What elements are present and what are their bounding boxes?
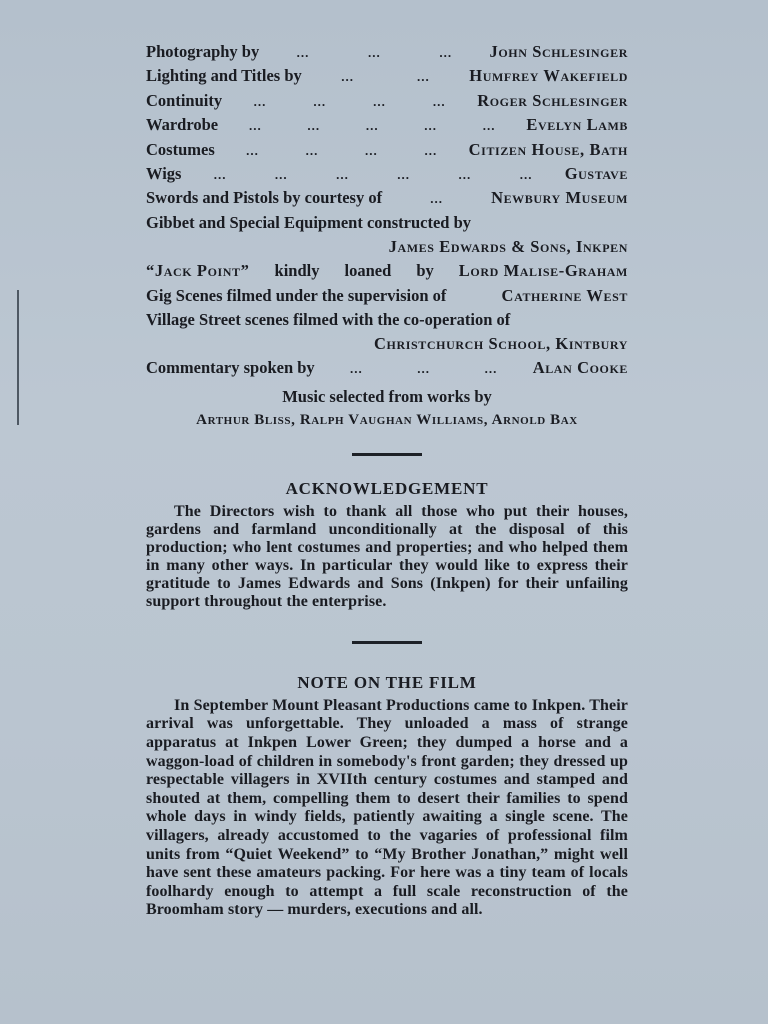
credit-role: Wigs [146, 162, 181, 186]
section-divider [352, 453, 422, 456]
credit-name: Catherine West [502, 284, 628, 308]
leader-dots: ......... [315, 357, 533, 381]
music-credit: Music selected from works by Arthur Blis… [146, 385, 628, 431]
leader-dots: ...... [302, 65, 470, 89]
leader-dots: ............ [222, 90, 477, 114]
credits-list: Photography by ......... John Schlesinge… [146, 40, 628, 431]
credit-role: Commentary spoken by [146, 356, 315, 380]
credit-name: Gustave [565, 162, 628, 186]
note-section: NOTE ON THE FILM In September Mount Plea… [146, 672, 628, 920]
section-divider [352, 641, 422, 644]
credit-role: Swords and Pistols by courtesy of [146, 186, 382, 210]
credit-row-photography: Photography by ......... John Schlesinge… [146, 40, 628, 64]
credit-role: Continuity [146, 89, 222, 113]
credit-row-wardrobe: Wardrobe ............... Evelyn Lamb [146, 113, 628, 137]
credit-name: Lord Malise-Graham [459, 259, 628, 283]
credit-gibbet-role: Gibbet and Special Equipment constructed… [146, 211, 628, 235]
leader-dots: .................. [181, 163, 564, 187]
credit-name: John Schlesinger [489, 40, 628, 64]
credit-gig-scenes: Gig Scenes filmed under the supervision … [146, 284, 628, 308]
credit-name: Humfrey Wakefield [469, 64, 628, 88]
credit-jack-point: “Jack Point” kindly loaned by Lord Malis… [146, 259, 628, 283]
leader-dots: ............ [215, 139, 469, 163]
music-label: Music selected from works by [146, 385, 628, 409]
credit-row-commentary: Commentary spoken by ......... Alan Cook… [146, 356, 628, 380]
credit-role: Wardrobe [146, 113, 218, 137]
leader-dots: ......... [259, 41, 489, 65]
credit-row-wigs: Wigs .................. Gustave [146, 162, 628, 186]
credit-row-continuity: Continuity ............ Roger Schlesinge… [146, 89, 628, 113]
leader-dots: ............... [218, 114, 526, 138]
programme-credits-page: Photography by ......... John Schlesinge… [146, 40, 628, 920]
acknowledgement-heading: ACKNOWLEDGEMENT [146, 478, 628, 500]
credit-village-name: Christchurch School, Kintbury [146, 332, 628, 356]
credit-name: Evelyn Lamb [526, 113, 628, 137]
credit-village-role: Village Street scenes filmed with the co… [146, 308, 628, 332]
credit-word: loaned [345, 259, 392, 283]
fold-crease-mark [17, 290, 19, 425]
acknowledgement-body: The Directors wish to thank all those wh… [146, 503, 628, 611]
credit-word: by [416, 259, 433, 283]
jack-point-title: “Jack Point” [146, 259, 250, 283]
credit-gibbet-name: James Edwards & Sons, Inkpen [146, 235, 628, 259]
credit-role: Gig Scenes filmed under the supervision … [146, 284, 446, 308]
credit-row-swords-pistols: Swords and Pistols by courtesy of ... Ne… [146, 186, 628, 210]
note-body: In September Mount Pleasant Productions … [146, 697, 628, 920]
credit-name: Roger Schlesinger [477, 89, 628, 113]
credit-role: Costumes [146, 138, 215, 162]
credit-name: Alan Cooke [533, 356, 628, 380]
credit-role: Lighting and Titles by [146, 64, 302, 88]
credit-name: Newbury Museum [491, 186, 628, 210]
leader-dots: ... [382, 187, 491, 211]
credit-name: Citizen House, Bath [469, 138, 628, 162]
credit-row-lighting: Lighting and Titles by ...... Humfrey Wa… [146, 64, 628, 88]
credit-word: kindly [275, 259, 320, 283]
music-composers: Arthur Bliss, Ralph Vaughan Williams, Ar… [146, 409, 628, 431]
acknowledgement-section: ACKNOWLEDGEMENT The Directors wish to th… [146, 478, 628, 611]
credit-role: Photography by [146, 40, 259, 64]
credit-row-costumes: Costumes ............ Citizen House, Bat… [146, 138, 628, 162]
note-heading: NOTE ON THE FILM [146, 672, 628, 694]
